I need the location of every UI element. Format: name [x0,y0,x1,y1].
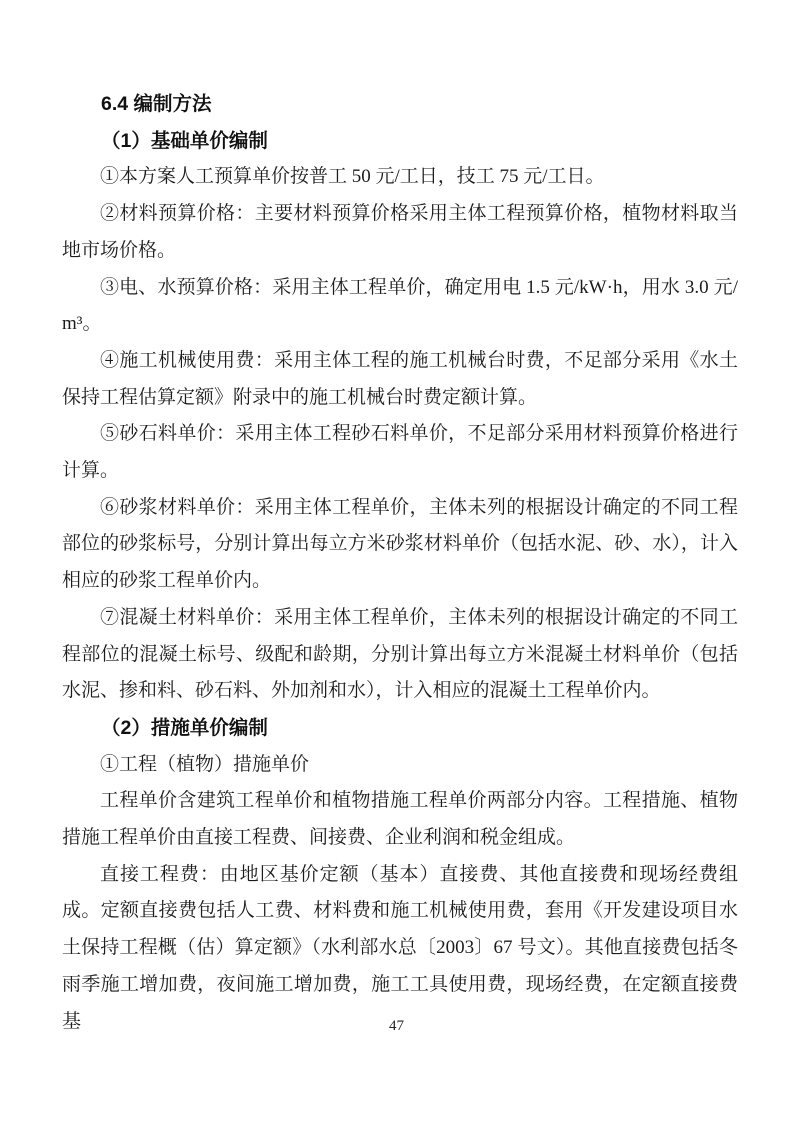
paragraph-direct-engineering-fee: 直接工程费：由地区基价定额（基本）直接费、其他直接费和现场经费组成。定额直接费包… [62,857,738,1041]
document-body: 6.4 编制方法 （1）基础单价编制 ①本方案人工预算单价按普工 50 元/工日… [62,86,738,1040]
page-number: 47 [0,1016,793,1036]
paragraph-labor-price: ①本方案人工预算单价按普工 50 元/工日，技工 75 元/工日。 [62,159,738,196]
paragraph-machinery-fee: ④施工机械使用费：采用主体工程的施工机械台时费，不足部分采用《水土保持工程估算定… [62,343,738,416]
subsection-heading-1: （1）基础单价编制 [62,123,738,160]
section-heading-6-4: 6.4 编制方法 [62,86,738,123]
document-page: 6.4 编制方法 （1）基础单价编制 ①本方案人工预算单价按普工 50 元/工日… [0,0,793,1122]
subsection-heading-2: （2）措施单价编制 [62,710,738,747]
section-measure-unit-price: （2）措施单价编制 ①工程（植物）措施单价 工程单价含建筑工程单价和植物措施工程… [62,710,738,1040]
paragraph-measure-unit-price-title: ①工程（植物）措施单价 [62,747,738,784]
paragraph-mortar-price: ⑥砂浆材料单价：采用主体工程单价，主体未列的根据设计确定的不同工程部位的砂浆标号… [62,490,738,600]
paragraph-aggregate-price: ⑤砂石料单价：采用主体工程砂石料单价，不足部分采用材料预算价格进行计算。 [62,416,738,489]
paragraph-electricity-water-price: ③电、水预算价格：采用主体工程单价，确定用电 1.5 元/kW·h，用水 3.0… [62,270,738,343]
section-basic-unit-price: （1）基础单价编制 ①本方案人工预算单价按普工 50 元/工日，技工 75 元/… [62,123,738,710]
paragraph-unit-price-composition: 工程单价含建筑工程单价和植物措施工程单价两部分内容。工程措施、植物措施工程单价由… [62,783,738,856]
paragraph-concrete-price: ⑦混凝土材料单价：采用主体工程单价，主体未列的根据设计确定的不同工程部位的混凝土… [62,600,738,710]
paragraph-material-price: ②材料预算价格：主要材料预算价格采用主体工程预算价格，植物材料取当地市场价格。 [62,196,738,269]
